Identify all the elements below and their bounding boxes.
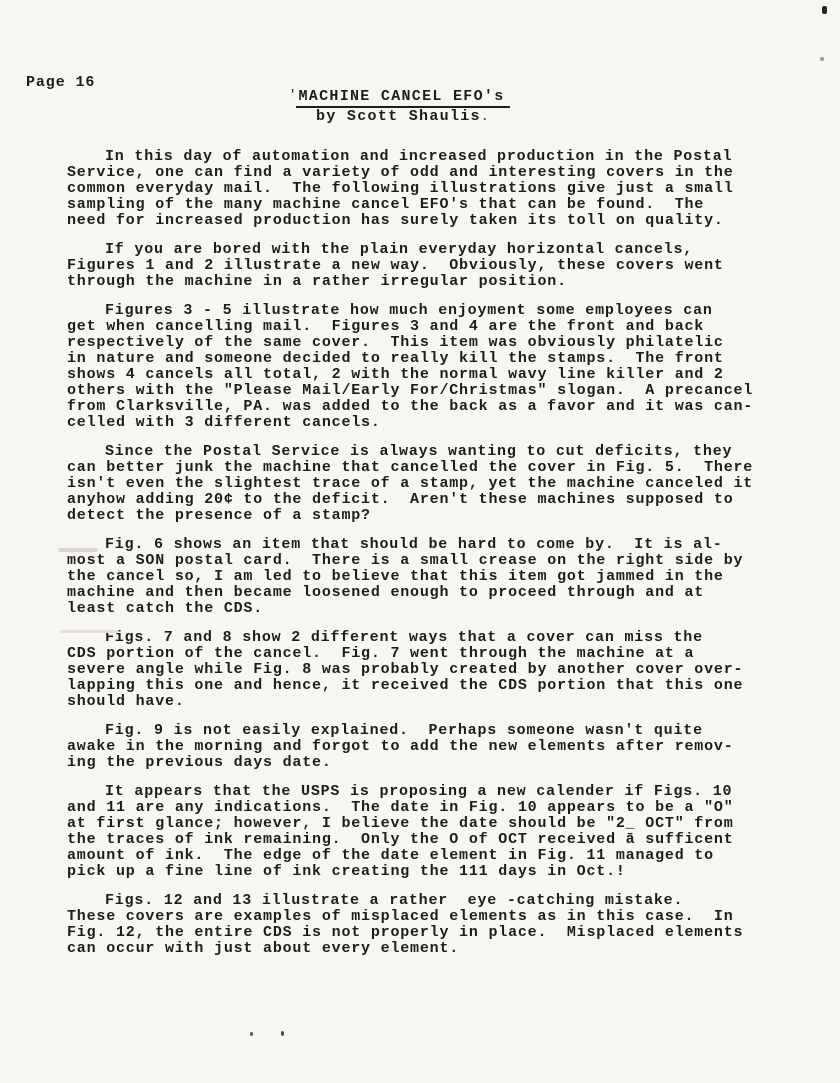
article-body: In this day of automation and increased … <box>67 149 797 970</box>
paragraph-2: If you are bored with the plain everyday… <box>67 242 797 290</box>
scan-speck <box>822 6 827 14</box>
paragraph-8: It appears that the USPS is proposing a … <box>67 784 797 880</box>
document-header: MACHINE CANCEL EFO's by Scott Shaulis. <box>0 89 840 125</box>
paragraph-7: Fig. 9 is not easily explained. Perhaps … <box>67 723 797 771</box>
scan-smudge <box>60 630 118 633</box>
byline-text: by Scott Shaulis <box>316 108 481 125</box>
paragraph-4: Since the Postal Service is always wanti… <box>67 444 797 524</box>
scan-speck <box>250 1032 253 1036</box>
scan-smudge <box>58 548 98 552</box>
paragraph-9: Figs. 12 and 13 illustrate a rather eye … <box>67 893 797 957</box>
paragraph-6: Figs. 7 and 8 show 2 different ways that… <box>67 630 797 710</box>
document-byline: by Scott Shaulis. <box>0 109 840 125</box>
byline-period: . <box>481 109 490 124</box>
paragraph-3: Figures 3 - 5 illustrate how much enjoym… <box>67 303 797 431</box>
scan-speck <box>281 1031 284 1036</box>
paragraph-5: Fig. 6 shows an item that should be hard… <box>67 537 797 617</box>
paragraph-1: In this day of automation and increased … <box>67 149 797 229</box>
document-title: MACHINE CANCEL EFO's <box>296 89 509 108</box>
scanned-document-page: Page 16 ' MACHINE CANCEL EFO's by Scott … <box>0 0 840 1083</box>
scan-speck <box>820 57 824 61</box>
